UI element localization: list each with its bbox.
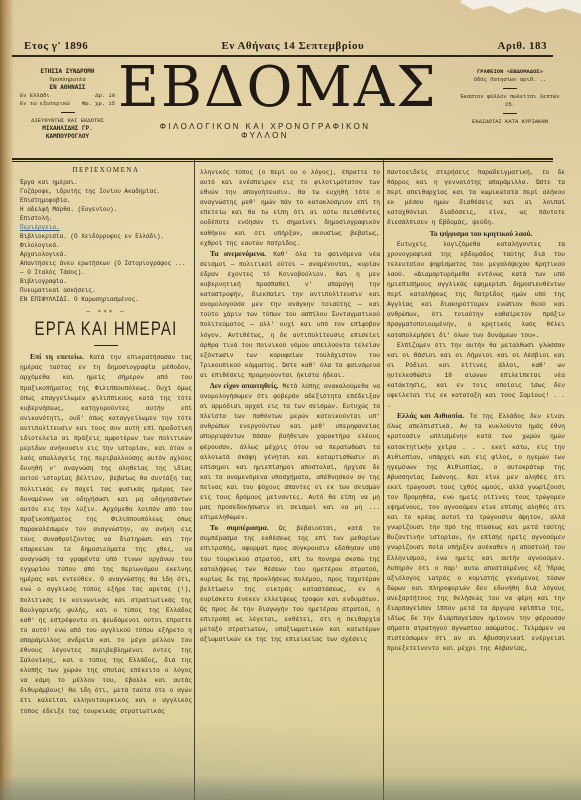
contents-item: Επιστολή. bbox=[20, 214, 192, 223]
article-paragraph: Τα ανεμενόμενα. Καθ' όλα τα φαινόμενα νέ… bbox=[200, 249, 380, 381]
contents-item: ΕΝ ΕΠΙΦΥΛΛΙΔΙ. Ο Καρωσηριασμένος. bbox=[20, 295, 192, 304]
column-2: λληνικός τύπος (ο περί ου ο λόγος), έπρα… bbox=[200, 168, 380, 645]
article-lead: Ελλάς και Αιθιοπία. bbox=[397, 411, 464, 420]
dateline: Εν Αθήναις 14 Σεπτεμβρίου bbox=[222, 40, 365, 52]
contents-item: Βιβλιογραφία. bbox=[20, 277, 192, 286]
contents-title: ΠΕΡΙΕΧΟΜΕΝΑ bbox=[20, 165, 192, 175]
article-paragraph: Το συμπέρασμα. Ως βεβαιούται, κατά το συ… bbox=[200, 523, 380, 645]
article-heading: Το ψήφισμα του κρητικού λαού. bbox=[387, 229, 565, 240]
contents-item: Επιστημοφοβία. bbox=[20, 196, 192, 205]
subscription-box: ΕΤΗΣΙΑ ΣΥΝΔΡΟΜΗ Προπληρωτέα ΕΝ ΑΘΗΝΑΙΣ Ε… bbox=[20, 68, 115, 141]
price-note: Έκαστον φύλλον πωλείται λεπτών 25. bbox=[455, 93, 565, 109]
article-lead: Το συμπέρασμα. bbox=[210, 523, 269, 532]
column-1: ΠΕΡΙΕΧΟΜΕΝΑ Έργα και ημέραι. Γοζάροφε, ι… bbox=[20, 165, 192, 717]
frequency-note: ΕΚΔΙΔΟΤΑΙ ΚΑΤΑ ΚΥΡΙΑΚΗΝ bbox=[455, 118, 565, 126]
subscription-place: ΕΝ ΑΘΗΝΑΙΣ bbox=[20, 84, 115, 92]
contents-item: Έργα και ημέραι. bbox=[20, 178, 192, 187]
article-text: Μετά λύπης ανακαλούμεθα να ανομολογήσωμε… bbox=[200, 383, 380, 521]
article-paragraph: λληνικός τύπος (ο περί ου ο λόγος), έπρα… bbox=[200, 168, 380, 249]
contents-item: Απαντήσεις άνευ ερωτήσεων (Ο Ιστοριογράφ… bbox=[20, 259, 192, 277]
issue-number: Αριθ. 183 bbox=[498, 40, 547, 52]
newspaper-title: ΕΒΔΟΜΑΣ bbox=[118, 60, 383, 116]
contents-item: Φιλολογικά. bbox=[20, 241, 192, 250]
article-text: Ελπίζομεν ότι την αυτήν θα μεταλθωσι γλώ… bbox=[387, 342, 565, 410]
masthead-rule bbox=[12, 158, 553, 160]
column-divider bbox=[194, 160, 195, 800]
divider bbox=[94, 345, 118, 346]
contents-item: Περιέργεια. bbox=[20, 223, 192, 232]
column-3: παντοειδείς στερήσεις παραδειγματική, το… bbox=[387, 168, 565, 655]
article-lead: Τα ανεμενόμενα. bbox=[210, 249, 266, 258]
contents-item: Γοζάροφε, ιδρυτής της Ιονίου Ακαδημίας. bbox=[20, 187, 192, 196]
page-binding-edge bbox=[0, 0, 14, 800]
contents-item: Πνευματικαί ασκήσεις. bbox=[20, 286, 192, 295]
contents-item: Αρχαιολογικά. bbox=[20, 250, 192, 259]
subscription-row: Εν τω εξωτερικώ Φρ. χρ. 15 bbox=[20, 100, 115, 108]
header-line: Ετος γ' 1896 Εν Αθήναις 14 Σεπτεμβρίου Α… bbox=[24, 40, 547, 52]
article-text: λληνικός τύπος (ο περί ου ο λόγος), έπρα… bbox=[200, 169, 380, 247]
contents-item: Η αδελφή Μάρθα. (Ευγενίου). bbox=[20, 205, 192, 214]
divider bbox=[61, 112, 75, 113]
article-paragraph: Ευτυχείς λογιζόμεθα καταλήγοντες τα χρον… bbox=[387, 240, 565, 341]
column-divider bbox=[383, 160, 384, 800]
article-text: Τα της Ελλάδος δεν είναι όλως απελπιστικ… bbox=[387, 413, 565, 652]
divider bbox=[503, 113, 517, 114]
article-lead: Το ψήφισμα του κρητικού λαού. bbox=[430, 229, 533, 238]
subscription-heading: ΕΤΗΣΙΑ ΣΥΝΔΡΟΜΗ bbox=[20, 68, 115, 76]
editor-label: ΔΙΕΥΘΥΝΤΗΣ ΚΑΙ ΕΚΔΟΤΗΣ bbox=[20, 117, 115, 125]
article-text: Κατά την επικρατήσασαν τας ημέρας ταύτας… bbox=[20, 354, 192, 714]
article-text: Ως βεβαιούται, κατά το συμπέρασμα της εκ… bbox=[200, 525, 380, 643]
divider bbox=[503, 88, 517, 89]
ornament-divider: — ∗∗∗ — bbox=[20, 307, 192, 317]
article-text: παντοειδείς στερήσεις παραδειγματική, το… bbox=[387, 169, 565, 226]
contents-item: Βιβλιοκρισία. (Ο Χειδόρροφος εν Ελλάδι). bbox=[20, 232, 192, 241]
article-paragraph: Ελπίζομεν ότι την αυτήν θα μεταλθωσι γλώ… bbox=[387, 341, 565, 412]
office-address: Οδός Πατησίων αριθ. .. bbox=[455, 76, 565, 84]
office-heading: ΓΡΑΦΕΙΟΝ «ΕΒΔΟΜΑΔΟΣ» bbox=[455, 68, 565, 76]
year-label: Ετος γ' 1896 bbox=[24, 40, 88, 52]
article-paragraph: Δεν είχον απαιτηθείς. Μετά λύπης ανακαλο… bbox=[200, 381, 380, 523]
article-lead: Δεν είχον απαιτηθείς. bbox=[210, 381, 279, 390]
subscription-row: Εν Ελλάδι Δρ. 10 bbox=[20, 92, 115, 100]
office-box: ΓΡΑΦΕΙΟΝ «ΕΒΔΟΜΑΔΟΣ» Οδός Πατησίων αριθ.… bbox=[455, 68, 565, 126]
masthead-rule-thin bbox=[12, 161, 553, 162]
subscription-note: Προπληρωτέα bbox=[20, 76, 115, 84]
editor-name: ΜΙΧΑΗΛΙΔΗΣ ΓΡ. ΚΑΜΠΟΥΡΟΓΛΟΥ bbox=[20, 125, 115, 141]
article-lead: Επί τη επετείω. bbox=[30, 352, 84, 361]
newspaper-subtitle: ΦΙΛΟΛΟΓΙΚΟΝ ΚΑΙ ΧΡΟΝΟΓΡΑΦΙΚΟΝ ΦΥΛΛΟΝ bbox=[140, 122, 390, 140]
article-text: Ευτυχείς λογιζόμεθα καταλήγοντες τα χρον… bbox=[387, 241, 565, 339]
article-text: Καθ' όλα τα φαινόμενα νέα σεισμοί — πολι… bbox=[200, 251, 380, 379]
section-title: ΕΡΓΑ ΚΑΙ ΗΜΕΡΑΙ bbox=[20, 324, 192, 337]
article-paragraph: Ελλάς και Αιθιοπία. Τα της Ελλάδος δεν ε… bbox=[387, 411, 565, 654]
article-paragraph: παντοειδείς στερήσεις παραδειγματική, το… bbox=[387, 168, 565, 229]
water-stain bbox=[0, 775, 581, 800]
article-paragraph: Επί τη επετείω. Κατά την επικρατήσασαν τ… bbox=[20, 352, 192, 716]
